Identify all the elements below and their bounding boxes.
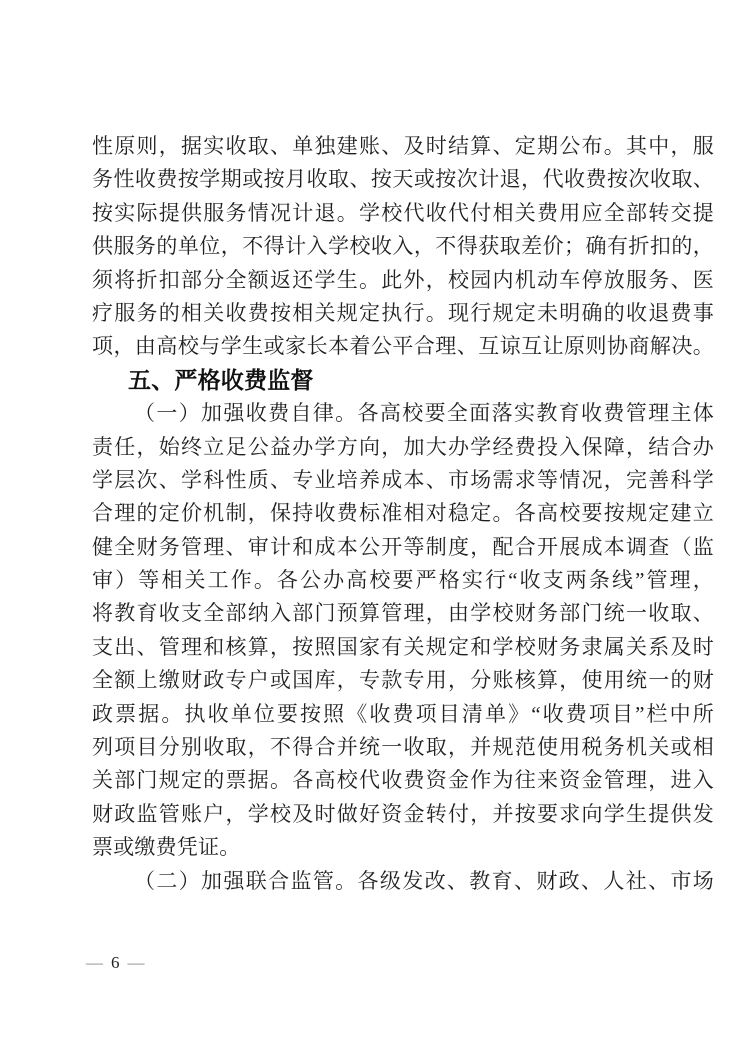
page-number: 6 (105, 953, 128, 972)
text-line: 政票据。执收单位要按照《收费项目清单》“收费项目”栏中所 (92, 698, 714, 731)
text-line: 供服务的单位，不得计入学校收入，不得获取差价；确有折扣的， (92, 230, 714, 263)
document-page: 性原则，据实收取、单独建账、及时结算、定期公布。其中，服务性收费按学期或按月收取… (0, 0, 737, 1044)
text-line: 支出、管理和核算，按照国家有关规定和学校财务隶属关系及时 (92, 631, 714, 664)
text-line: 财政监管账户，学校及时做好资金转付，并按要求向学生提供发 (92, 798, 714, 831)
text-line: 性原则，据实收取、单独建账、及时结算、定期公布。其中，服 (92, 130, 714, 163)
text-line: 健全财务管理、审计和成本公开等制度，配合开展成本调查（监 (92, 531, 714, 564)
page-footer: —6— (86, 951, 147, 975)
text-line: 须将折扣部分全额返还学生。此外，校园内机动车停放服务、医 (92, 264, 714, 297)
page-number-dash-right: — (128, 953, 147, 972)
text-line: 项，由高校与学生或家长本着公平合理、互谅互让原则协商解决。 (92, 330, 714, 363)
text-line: 票或缴费凭证。 (92, 831, 714, 864)
section-heading: 五、严格收费监督 (92, 364, 714, 397)
text-line: 务性收费按学期或按月收取、按天或按次计退，代收费按次收取、 (92, 163, 714, 196)
text-line: 全额上缴财政专户或国库，专款专用，分账核算，使用统一的财 (92, 664, 714, 697)
text-line: 列项目分别收取，不得合并统一收取，并规范使用税务机关或相 (92, 731, 714, 764)
text-line: （二）加强联合监管。各级发改、教育、财政、人社、市场 (92, 865, 714, 898)
text-line: 责任，始终立足公益办学方向，加大办学经费投入保障，结合办 (92, 431, 714, 464)
text-line: 学层次、学科性质、专业培养成本、市场需求等情况，完善科学 (92, 464, 714, 497)
document-body: 性原则，据实收取、单独建账、及时结算、定期公布。其中，服务性收费按学期或按月收取… (92, 130, 714, 898)
text-line: （一）加强收费自律。各高校要全面落实教育收费管理主体 (92, 397, 714, 430)
text-line: 将教育收支全部纳入部门预算管理，由学校财务部门统一收取、 (92, 597, 714, 630)
text-line: 审）等相关工作。各公办高校要严格实行“收支两条线”管理， (92, 564, 714, 597)
text-line: 合理的定价机制，保持收费标准相对稳定。各高校要按规定建立 (92, 497, 714, 530)
text-line: 按实际提供服务情况计退。学校代收代付相关费用应全部转交提 (92, 197, 714, 230)
text-line: 关部门规定的票据。各高校代收费资金作为往来资金管理，进入 (92, 764, 714, 797)
text-line: 疗服务的相关收费按相关规定执行。现行规定未明确的收退费事 (92, 297, 714, 330)
page-number-dash-left: — (86, 953, 105, 972)
